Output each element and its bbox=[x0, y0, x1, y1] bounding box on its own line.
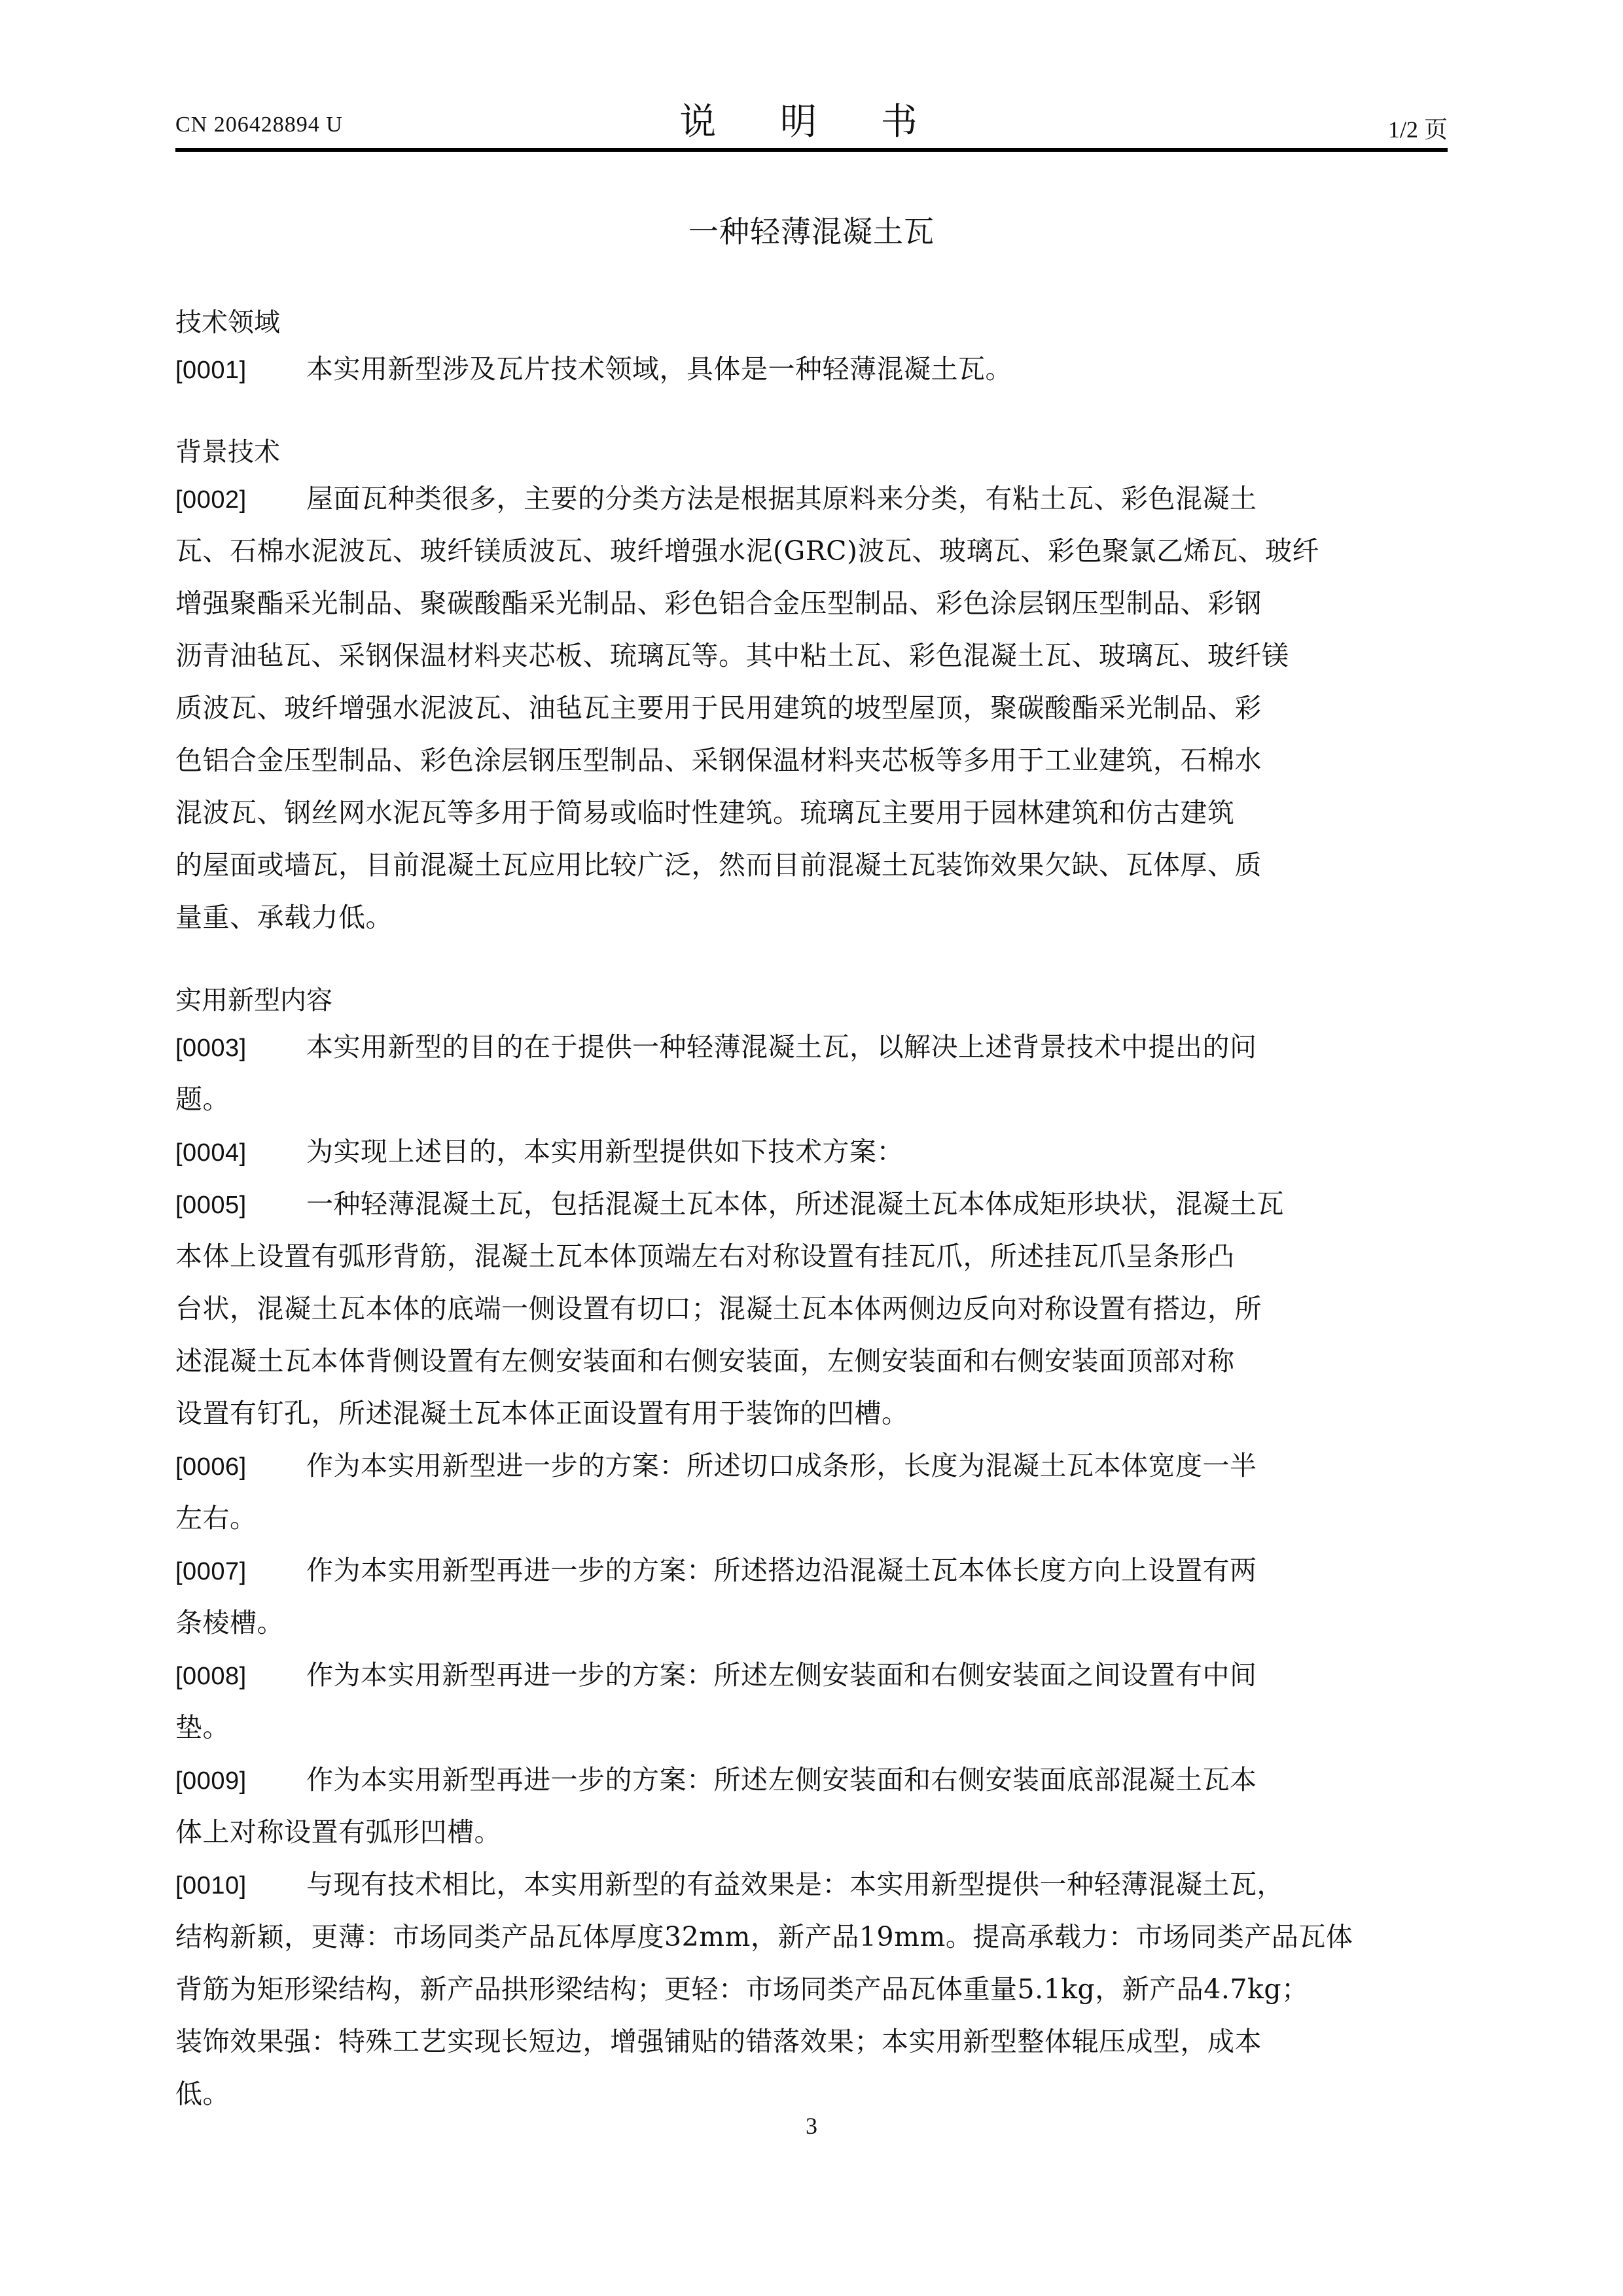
document-title: 一种轻薄混凝土瓦 bbox=[0, 208, 1623, 251]
paragraph-line: 的屋面或墙瓦，目前混凝土瓦应用比较广泛，然而目前混凝土瓦装饰效果欠缺、瓦体厚、质 bbox=[175, 839, 1448, 891]
paragraph-0001: [0001]本实用新型涉及瓦片技术领域，具体是一种轻薄混凝土瓦。 bbox=[175, 343, 1448, 395]
paragraph-0009: [0009]作为本实用新型再进一步的方案：所述左侧安装面和右侧安装面底部混凝土瓦… bbox=[175, 1754, 1448, 1858]
paragraph-line: 左右。 bbox=[175, 1492, 1448, 1544]
paragraph-number: [0009] bbox=[175, 1755, 306, 1806]
paragraph-line: 一种轻薄混凝土瓦，包括混凝土瓦本体，所述混凝土瓦本体成矩形块状，混凝土瓦 bbox=[306, 1188, 1284, 1220]
paragraph-line: 与现有技术相比，本实用新型的有益效果是：本实用新型提供一种轻薄混凝土瓦， bbox=[306, 1869, 1284, 1900]
paragraph-line: 述混凝土瓦本体背侧设置有左侧安装面和右侧安装面，左侧安装面和右侧安装面顶部对称 bbox=[175, 1335, 1448, 1387]
paragraph-line: 沥青油毡瓦、采钢保温材料夹芯板、琉璃瓦等。其中粘土瓦、彩色混凝土瓦、玻璃瓦、玻纤… bbox=[175, 629, 1448, 682]
paragraph-line: 作为本实用新型再进一步的方案：所述搭边沿混凝土瓦本体长度方向上设置有两 bbox=[306, 1555, 1257, 1586]
paragraph-0008: [0008]作为本实用新型再进一步的方案：所述左侧安装面和右侧安装面之间设置有中… bbox=[175, 1649, 1448, 1754]
paragraph-line: 为实现上述目的，本实用新型提供如下技术方案： bbox=[306, 1136, 904, 1167]
paragraph-line: 作为本实用新型进一步的方案：所述切口成条形，长度为混凝土瓦本体宽度一半 bbox=[306, 1450, 1257, 1481]
paragraph-line: 本体上设置有弧形背筋，混凝土瓦本体顶端左右对称设置有挂瓦爪，所述挂瓦爪呈条形凸 bbox=[175, 1230, 1448, 1282]
section-heading-background: 背景技术 bbox=[175, 432, 1448, 472]
paragraph-line: 作为本实用新型再进一步的方案：所述左侧安装面和右侧安装面底部混凝土瓦本 bbox=[306, 1764, 1257, 1795]
header-doc-type: 说 明 书 bbox=[0, 93, 1623, 145]
paragraph-0004: [0004]为实现上述目的，本实用新型提供如下技术方案： bbox=[175, 1125, 1448, 1178]
paragraph-0006: [0006]作为本实用新型进一步的方案：所述切口成条形，长度为混凝土瓦本体宽度一… bbox=[175, 1439, 1448, 1544]
paragraph-number: [0010] bbox=[175, 1860, 306, 1911]
paragraph-line: 本实用新型涉及瓦片技术领域，具体是一种轻薄混凝土瓦。 bbox=[306, 353, 1012, 385]
page-number: 3 bbox=[0, 2112, 1623, 2140]
paragraph-number: [0003] bbox=[175, 1022, 306, 1073]
header-page-indicator: 1/2 页 bbox=[1388, 111, 1448, 145]
paragraph-line: 结构新颖，更薄：市场同类产品瓦体厚度32mm，新产品19mm。提高承载力：市场同… bbox=[175, 1911, 1448, 1963]
paragraph-line: 量重、承载力低。 bbox=[175, 891, 1448, 944]
paragraph-line: 本实用新型的目的在于提供一种轻薄混凝土瓦，以解决上述背景技术中提出的问 bbox=[306, 1031, 1257, 1063]
paragraph-line: 屋面瓦种类很多，主要的分类方法是根据其原料来分类，有粘土瓦、彩色混凝土 bbox=[306, 483, 1257, 514]
paragraph-line: 垫。 bbox=[175, 1701, 1448, 1754]
paragraph-0005: [0005]一种轻薄混凝土瓦，包括混凝土瓦本体，所述混凝土瓦本体成矩形块状，混凝… bbox=[175, 1178, 1448, 1439]
paragraph-number: [0007] bbox=[175, 1545, 306, 1597]
section-heading-technical-field: 技术领域 bbox=[175, 302, 1448, 343]
paragraph-line: 条棱槽。 bbox=[175, 1597, 1448, 1649]
paragraph-line: 色铝合金压型制品、彩色涂层钢压型制品、采钢保温材料夹芯板等多用于工业建筑，石棉水 bbox=[175, 734, 1448, 786]
paragraph-line: 作为本实用新型再进一步的方案：所述左侧安装面和右侧安装面之间设置有中间 bbox=[306, 1659, 1257, 1691]
paragraph-number: [0004] bbox=[175, 1127, 306, 1178]
document-body: 技术领域 [0001]本实用新型涉及瓦片技术领域，具体是一种轻薄混凝土瓦。 背景… bbox=[175, 302, 1448, 2120]
paragraph-0002: [0002]屋面瓦种类很多，主要的分类方法是根据其原料来分类，有粘土瓦、彩色混凝… bbox=[175, 472, 1448, 944]
paragraph-number: [0006] bbox=[175, 1441, 306, 1492]
paragraph-number: [0002] bbox=[175, 474, 306, 525]
paragraph-line: 背筋为矩形梁结构，新产品拱形梁结构；更轻：市场同类产品瓦体重量5.1kg，新产品… bbox=[175, 1963, 1448, 2015]
paragraph-number: [0008] bbox=[175, 1650, 306, 1701]
paragraph-number: [0001] bbox=[175, 344, 306, 395]
paragraph-number: [0005] bbox=[175, 1179, 306, 1230]
paragraph-line: 瓦、石棉水泥波瓦、玻纤镁质波瓦、玻纤增强水泥(GRC)波瓦、玻璃瓦、彩色聚氯乙烯… bbox=[175, 525, 1448, 577]
section-heading-utility-model-content: 实用新型内容 bbox=[175, 980, 1448, 1021]
header-rule bbox=[175, 148, 1448, 152]
paragraph-line: 体上对称设置有弧形凹槽。 bbox=[175, 1806, 1448, 1858]
paragraph-line: 混波瓦、钢丝网水泥瓦等多用于简易或临时性建筑。琉璃瓦主要用于园林建筑和仿古建筑 bbox=[175, 786, 1448, 839]
paragraph-0007: [0007]作为本实用新型再进一步的方案：所述搭边沿混凝土瓦本体长度方向上设置有… bbox=[175, 1544, 1448, 1649]
paragraph-0003: [0003]本实用新型的目的在于提供一种轻薄混凝土瓦，以解决上述背景技术中提出的… bbox=[175, 1021, 1448, 1125]
paragraph-line: 台状，混凝土瓦本体的底端一侧设置有切口；混凝土瓦本体两侧边反向对称设置有搭边，所 bbox=[175, 1282, 1448, 1335]
paragraph-line: 题。 bbox=[175, 1073, 1448, 1125]
paragraph-line: 设置有钉孔，所述混凝土瓦本体正面设置有用于装饰的凹槽。 bbox=[175, 1387, 1448, 1439]
paragraph-line: 质波瓦、玻纤增强水泥波瓦、油毡瓦主要用于民用建筑的坡型屋顶，聚碳酸酯采光制品、彩 bbox=[175, 682, 1448, 734]
paragraph-0010: [0010]与现有技术相比，本实用新型的有益效果是：本实用新型提供一种轻薄混凝土… bbox=[175, 1858, 1448, 2120]
paragraph-line: 增强聚酯采光制品、聚碳酸酯采光制品、彩色铝合金压型制品、彩色涂层钢压型制品、彩钢 bbox=[175, 577, 1448, 629]
paragraph-line: 装饰效果强：特殊工艺实现长短边，增强铺贴的错落效果；本实用新型整体辊压成型，成本 bbox=[175, 2015, 1448, 2068]
